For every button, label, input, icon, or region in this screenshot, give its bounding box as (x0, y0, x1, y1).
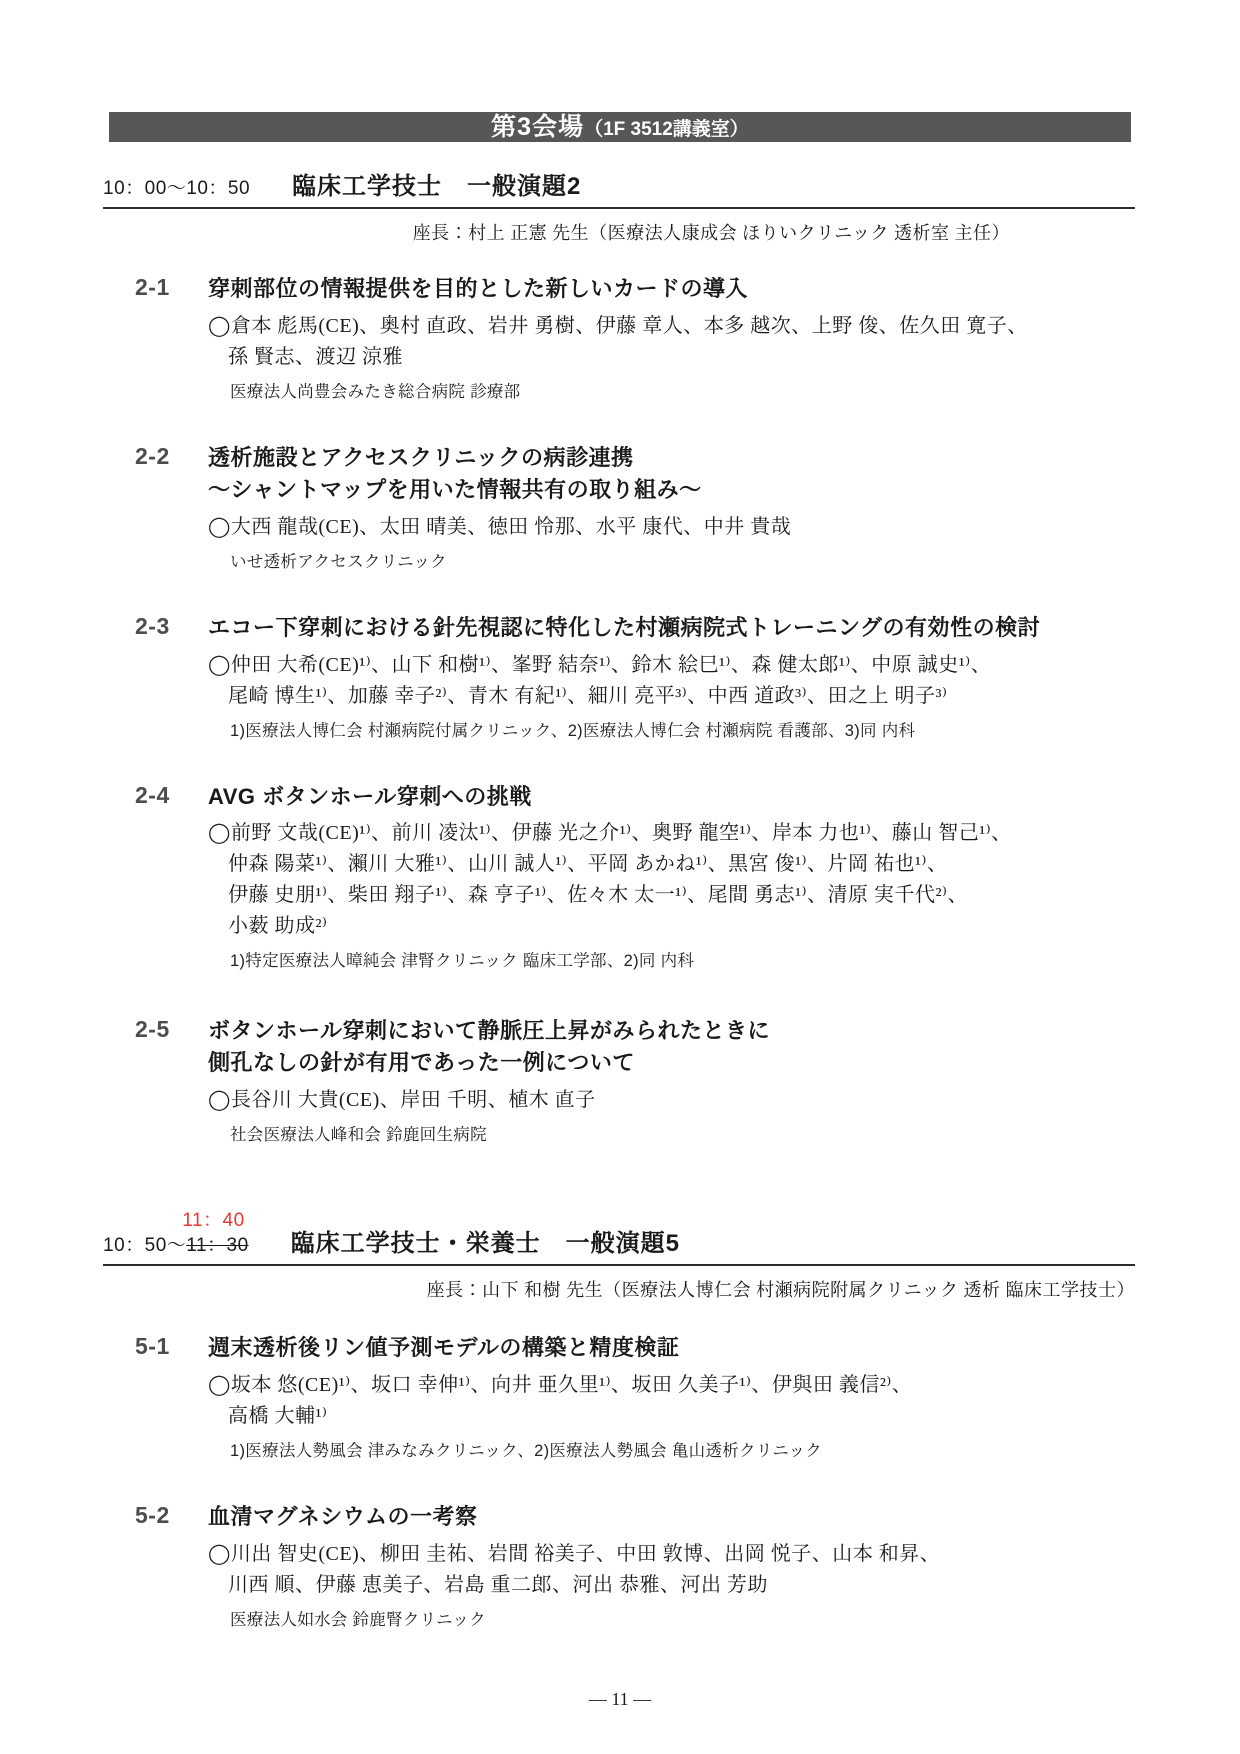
presentation-authors: ◯大西 龍哉(CE)、太田 晴美、徳田 怜那、水平 康代、中井 貴哉 (208, 512, 1135, 543)
presentation-affiliation: 医療法人如水会 鈴鹿腎クリニック (208, 1606, 1135, 1630)
presentation-2-1: 2-1 穿刺部位の情報提供を目的とした新しいカードの導入 ◯倉本 彪馬(CE)、… (135, 273, 1135, 402)
session-2: 10：50～11：4011：30 臨床工学技士・栄養士 一般演題5 座長：山下 … (103, 1223, 1135, 1630)
presentation-title: 穿刺部位の情報提供を目的とした新しいカードの導入 (208, 273, 1135, 305)
session-2-time: 10：50～11：4011：30 (103, 1230, 249, 1257)
presentation-number: 2-4 (135, 781, 208, 972)
presentation-number: 2-5 (135, 1015, 208, 1145)
session-1-chair: 座長：村上 正憲 先生（医療法人康成会 ほりいクリニック 透析室 主任） (103, 219, 1135, 245)
session-1-title: 臨床工学技士 一般演題2 (292, 166, 581, 201)
presentation-title: ボタンホール穿刺において静脈圧上昇がみられたときに 側孔なしの針が有用であった一… (208, 1015, 1135, 1079)
session-2-rule (103, 1264, 1135, 1266)
presentation-5-2: 5-2 血清マグネシウムの一考察 ◯川出 智史(CE)、柳田 圭祐、岩間 裕美子… (135, 1501, 1135, 1630)
presentation-number: 2-2 (135, 442, 208, 572)
presentation-authors: ◯長谷川 大貴(CE)、岸田 千明、植木 直子 (208, 1085, 1135, 1116)
page-number: — 11 — (589, 1689, 651, 1709)
venue-name: 第3会場 (491, 113, 584, 141)
session-2-chair: 座長：山下 和樹 先生（医療法人博仁会 村瀬病院附属クリニック 透析 臨床工学技… (103, 1276, 1135, 1302)
presentation-2-3: 2-3 エコー下穿刺における針先視認に特化した村瀬病院式トレーニングの有効性の検… (135, 612, 1135, 741)
presentation-number: 2-1 (135, 273, 208, 402)
session-1: 10：00～10：50 臨床工学技士 一般演題2 座長：村上 正憲 先生（医療法… (103, 166, 1135, 1145)
presentation-authors: ◯坂本 悠(CE)¹⁾、坂口 幸伸¹⁾、向井 亜久里¹⁾、坂田 久美子¹⁾、伊與… (208, 1370, 1135, 1432)
presentation-affiliation: いせ透析アクセスクリニック (208, 548, 1135, 572)
presentation-2-4: 2-4 AVG ボタンホール穿刺への挑戦 ◯前野 文哉(CE)¹⁾、前川 凌汰¹… (135, 781, 1135, 972)
venue-header-bar: 第3会場（1F 3512講義室） (109, 112, 1131, 142)
presentation-title: AVG ボタンホール穿刺への挑戦 (208, 781, 1135, 813)
session-1-time: 10：00～10：50 (103, 173, 250, 200)
time-correction-new: 11：40 (182, 1205, 244, 1232)
time-correction-old: 11：30 (186, 1235, 248, 1256)
presentation-number: 2-3 (135, 612, 208, 741)
session-1-header: 10：00～10：50 臨床工学技士 一般演題2 (103, 166, 1135, 201)
page-footer: — 11 — (0, 1689, 1240, 1710)
presentation-affiliation: 1)医療法人勢風会 津みなみクリニック、2)医療法人勢風会 亀山透析クリニック (208, 1437, 1135, 1461)
presentation-5-1: 5-1 週末透析後リン値予測モデルの構築と精度検証 ◯坂本 悠(CE)¹⁾、坂口… (135, 1332, 1135, 1461)
session-2-header: 10：50～11：4011：30 臨床工学技士・栄養士 一般演題5 (103, 1223, 1135, 1258)
presentation-authors: ◯仲田 大希(CE)¹⁾、山下 和樹¹⁾、峯野 結奈¹⁾、鈴木 絵巳¹⁾、森 健… (208, 650, 1135, 712)
presentation-title: 週末透析後リン値予測モデルの構築と精度検証 (208, 1332, 1135, 1364)
presentation-2-5: 2-5 ボタンホール穿刺において静脈圧上昇がみられたときに 側孔なしの針が有用で… (135, 1015, 1135, 1145)
presentation-number: 5-2 (135, 1501, 208, 1630)
presentation-authors: ◯倉本 彪馬(CE)、奥村 直政、岩井 勇樹、伊藤 章人、本多 越次、上野 俊、… (208, 311, 1135, 373)
presentation-affiliation: 1)特定医療法人暲純会 津腎クリニック 臨床工学部、2)同 内科 (208, 947, 1135, 971)
presentation-title: 透析施設とアクセスクリニックの病診連携 ～シャントマップを用いた情報共有の取り組… (208, 442, 1135, 506)
time-correction: 11：4011：30 (186, 1230, 248, 1257)
session-1-rule (103, 207, 1135, 209)
venue-room: （1F 3512講義室） (584, 119, 749, 140)
presentation-affiliation: 医療法人尚豊会みたき総合病院 診療部 (208, 378, 1135, 402)
presentation-affiliation: 1)医療法人博仁会 村瀬病院付属クリニック、2)医療法人博仁会 村瀬病院 看護部… (208, 717, 1135, 741)
presentation-title: 血清マグネシウムの一考察 (208, 1501, 1135, 1533)
session-2-title: 臨床工学技士・栄養士 一般演題5 (291, 1223, 680, 1258)
presentation-affiliation: 社会医療法人峰和会 鈴鹿回生病院 (208, 1121, 1135, 1145)
presentation-2-2: 2-2 透析施設とアクセスクリニックの病診連携 ～シャントマップを用いた情報共有… (135, 442, 1135, 572)
program-page: 第3会場（1F 3512講義室） 10：00～10：50 臨床工学技士 一般演題… (0, 0, 1240, 1754)
presentation-authors: ◯前野 文哉(CE)¹⁾、前川 凌汰¹⁾、伊藤 光之介¹⁾、奥野 龍空¹⁾、岸本… (208, 818, 1135, 942)
presentation-number: 5-1 (135, 1332, 208, 1461)
presentation-authors: ◯川出 智史(CE)、柳田 圭祐、岩間 裕美子、中田 敦博、出岡 悦子、山本 和… (208, 1539, 1135, 1601)
presentation-title: エコー下穿刺における針先視認に特化した村瀬病院式トレーニングの有効性の検討 (208, 612, 1135, 644)
time-prefix: 10：50～ (103, 1235, 186, 1256)
